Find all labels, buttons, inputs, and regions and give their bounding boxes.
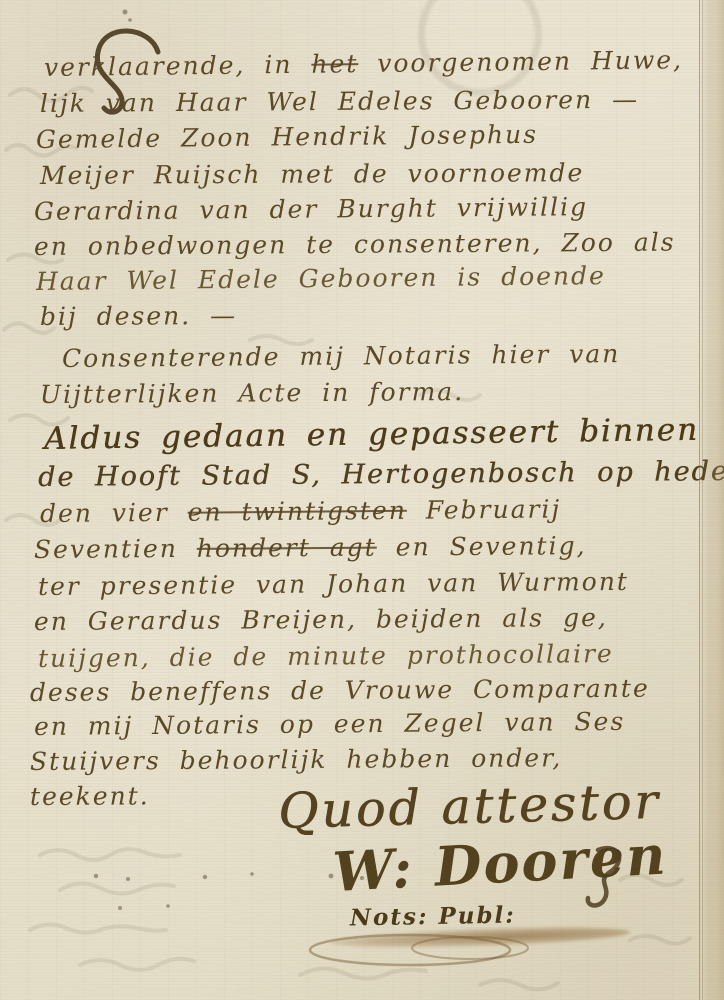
line-text: Consenterende mij Notaris hier van — [62, 339, 621, 373]
manuscript-line: Consenterende mij Notaris hier van — [62, 341, 621, 371]
manuscript-line: verklaarende, in het voorgenomen Huwe, — [44, 47, 683, 80]
manuscript-page: verklaarende, in het voorgenomen Huwe, l… — [0, 0, 724, 1000]
line-text: bij desen. — — [40, 301, 237, 331]
page-edge-shadow — [699, 0, 724, 1000]
notary-title: Nots: Publ: — [350, 902, 516, 932]
line-text: Uijtterlijken Acte in forma. — [40, 377, 464, 409]
line-text: Gemelde Zoon Hendrik Josephus — [36, 120, 538, 154]
manuscript-line: Aldus gedaan en gepasseert binnen — [44, 415, 699, 455]
line-text: en onbedwongen te consenteren, Zoo als — [34, 228, 676, 261]
line-text: Aldus gedaan en gepasseert binnen — [44, 412, 699, 457]
manuscript-line: Gerardina van der Burght vrijwillig — [34, 194, 588, 224]
struck-word: hondert agt — [197, 533, 377, 563]
line-text: Februarij — [407, 494, 562, 524]
manuscript-line: den vier en twintigsten Februarij — [40, 496, 561, 526]
manuscript-line: de Hooft Stad S, Hertogenbosch op heden — [38, 458, 724, 491]
manuscript-line: en Gerardus Breijen, beijden als ge, — [34, 605, 608, 634]
manuscript-line: lijk van Haar Wel Edeles Gebooren — — [40, 87, 639, 116]
line-text: Stuijvers behoorlijk hebben onder, — [30, 743, 563, 776]
line-text: voorgenomen Huwe, — [358, 45, 683, 78]
line-text: de Hooft Stad S, Hertogenbosch op heden — [38, 456, 724, 493]
line-text: en Gerardus Breijen, beijden als ge, — [34, 603, 608, 636]
manuscript-line: en onbedwongen te consenteren, Zoo als — [34, 230, 676, 259]
manuscript-line: Stuijvers behoorlijk hebben onder, — [30, 745, 562, 774]
manuscript-line: bij desen. — — [40, 303, 237, 329]
manuscript-line: tuijgen, die de minute prothocollaire — [38, 641, 614, 671]
manuscript-line: teekent. — [30, 783, 150, 809]
line-text: ter presentie van Johan van Wurmont — [38, 567, 629, 601]
line-text: teekent. — [30, 781, 150, 811]
manuscript-line: Seventien hondert agt en Seventig, — [34, 533, 587, 562]
struck-word: het — [311, 49, 358, 79]
manuscript-line: Haar Wel Edele Gebooren is doende — [36, 263, 606, 294]
line-text: Gerardina van der Burght vrijwillig — [34, 192, 588, 226]
manuscript-line: Meijer Ruijsch met de voornoemde — [40, 160, 584, 188]
line-text: Meijer Ruijsch met de voornoemde — [40, 158, 584, 190]
manuscript-line: Uijtterlijken Acte in forma. — [40, 379, 464, 407]
manuscript-line: ter presentie van Johan van Wurmont — [38, 569, 629, 599]
line-text: Haar Wel Edele Gebooren is doende — [36, 261, 606, 296]
line-text: en Seventig, — [377, 531, 587, 561]
line-text: Seventien — [34, 534, 197, 564]
line-text: en mij Notaris op een Zegel van Ses — [34, 707, 625, 741]
line-text: deses beneffens de Vrouwe Comparante — [30, 674, 650, 707]
line-text: lijk van Haar Wel Edeles Gebooren — — [40, 85, 639, 118]
manuscript-line: Gemelde Zoon Hendrik Josephus — [36, 122, 538, 152]
struck-word: en twintigsten — [188, 496, 407, 527]
manuscript-line: en mij Notaris op een Zegel van Ses — [34, 709, 625, 739]
line-text: verklaarende, in — [44, 50, 312, 82]
manuscript-line: deses beneffens de Vrouwe Comparante — [30, 676, 650, 705]
line-text: den vier — [40, 498, 188, 528]
line-text: tuijgen, die de minute prothocollaire — [38, 639, 614, 673]
